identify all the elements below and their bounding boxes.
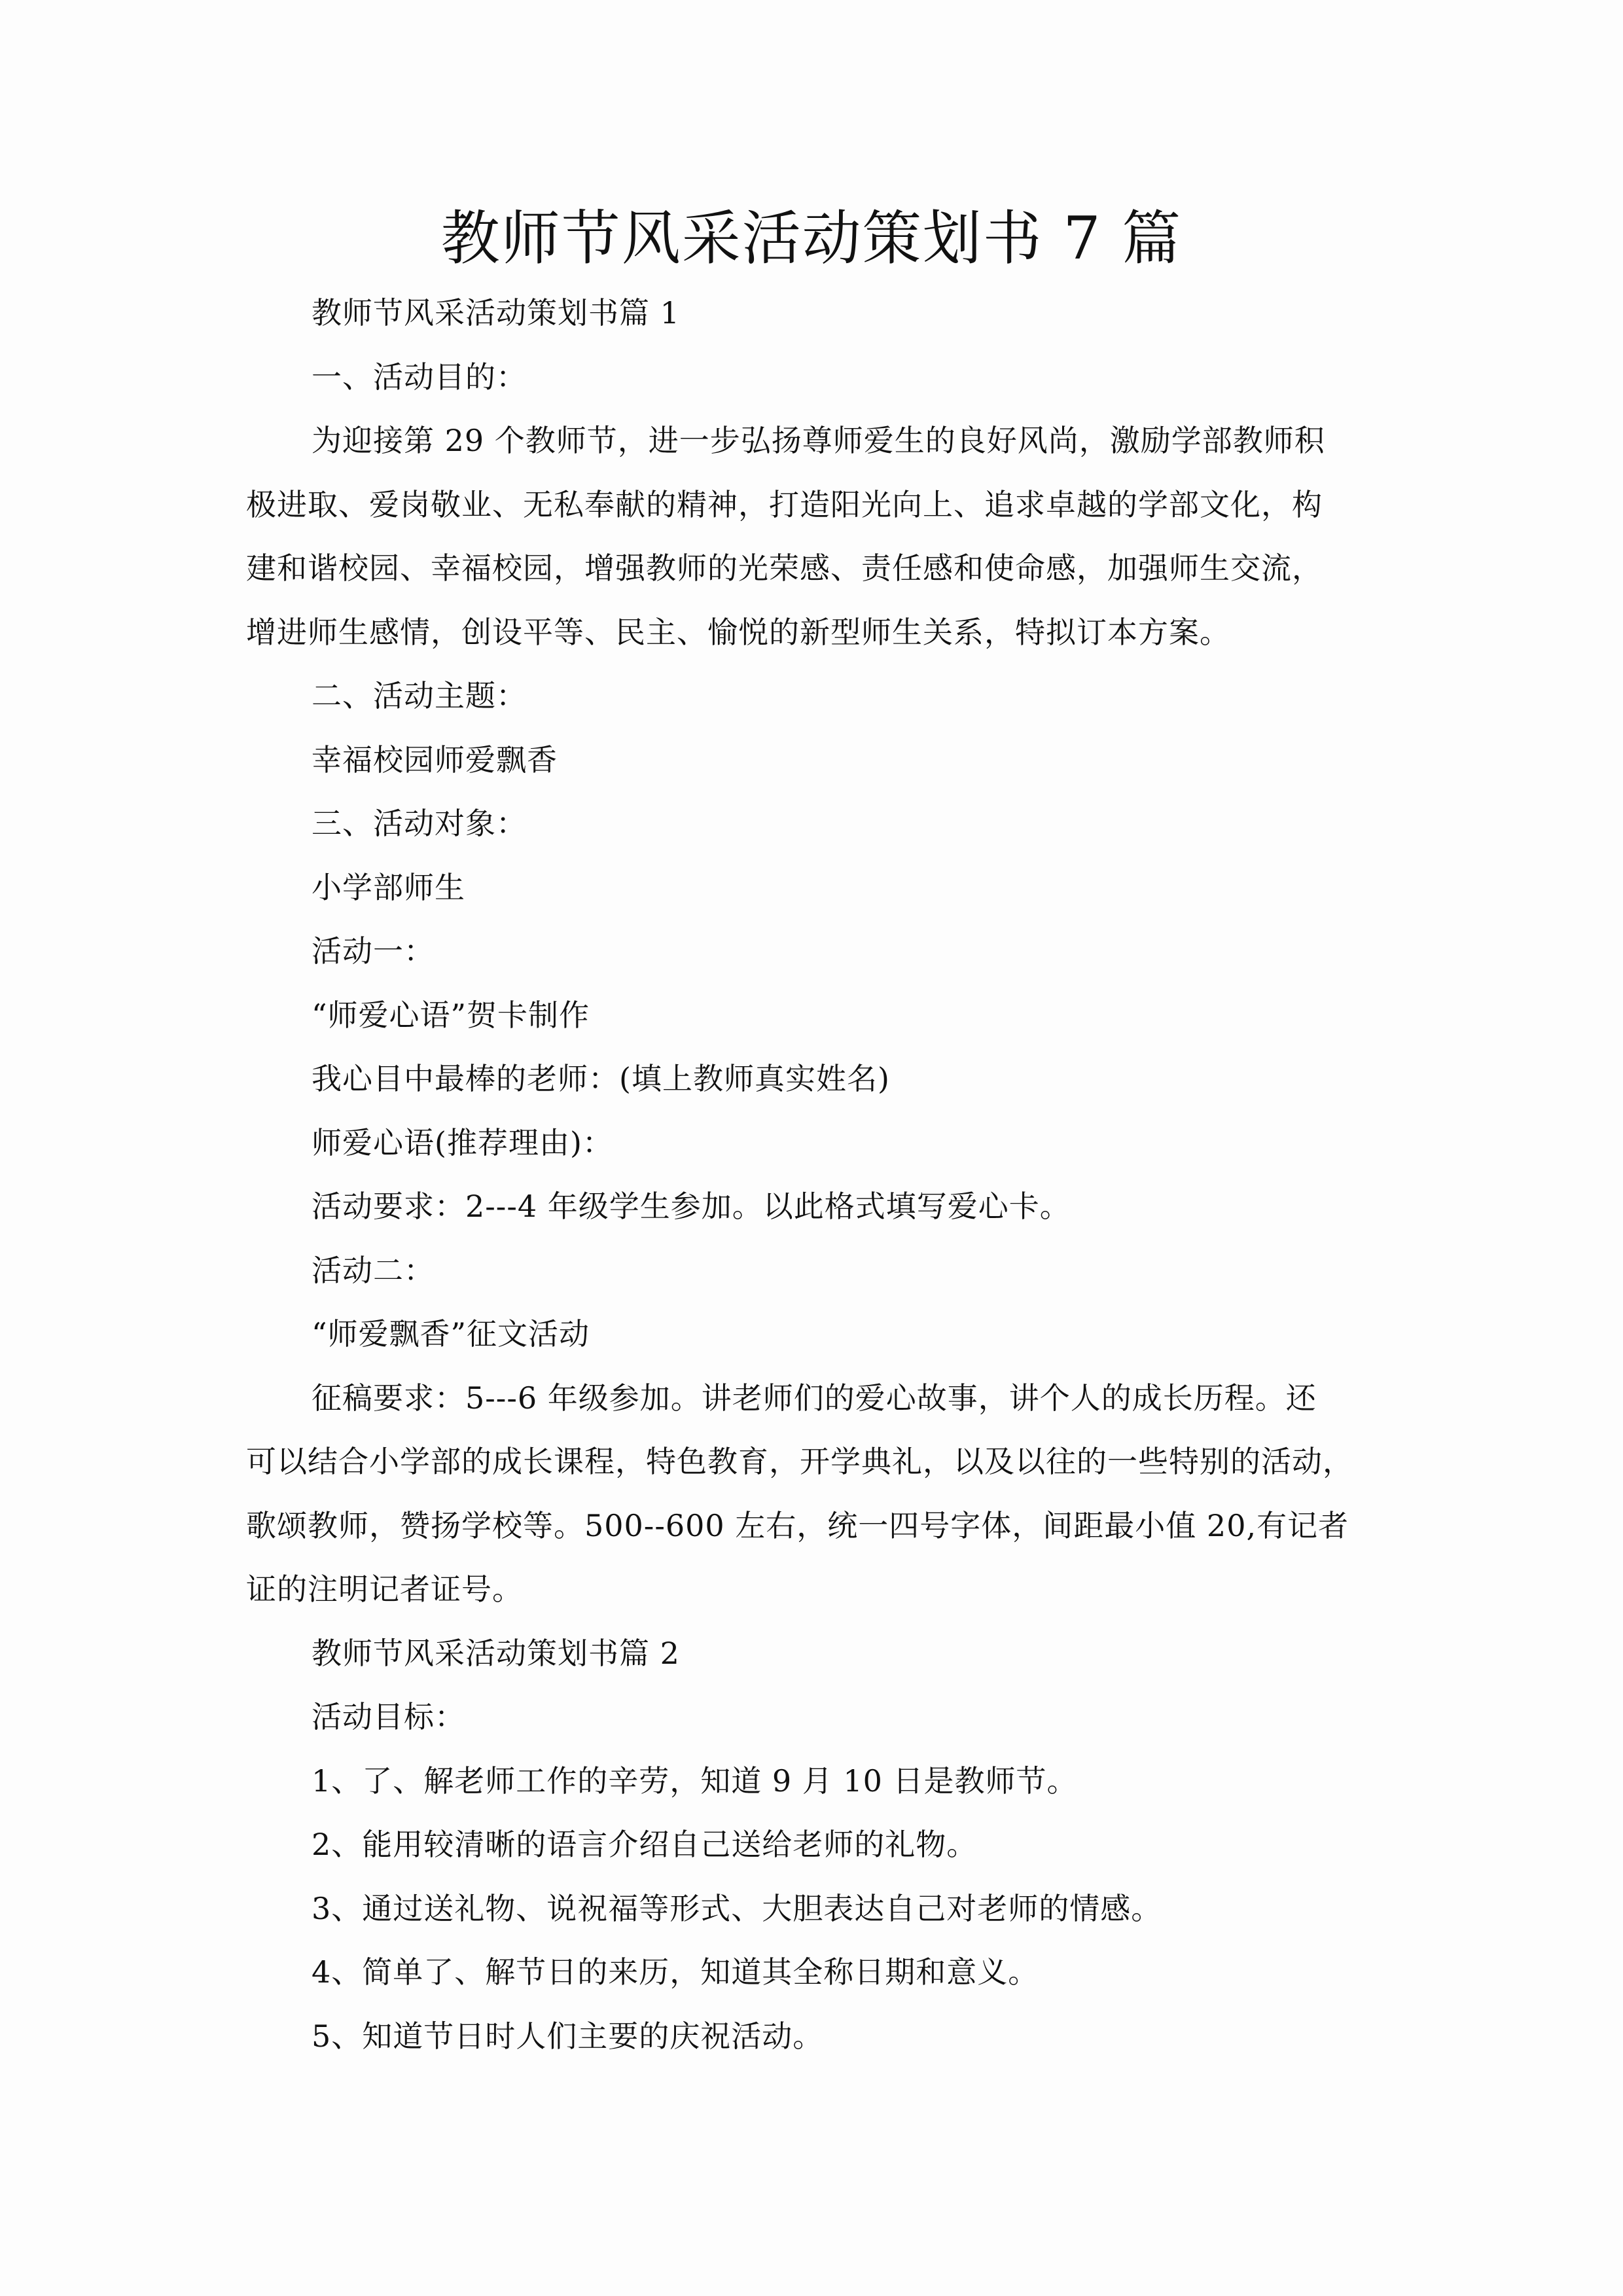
paragraph-purpose-line-4: 增进师生感情，创设平等、民主、愉悦的新型师生关系，特拟订本方案。 <box>246 601 1385 665</box>
subheading-activity-2: 活动二： <box>246 1239 1385 1303</box>
subheading-activity-1: 活动一： <box>246 920 1385 984</box>
list-item-goal-4: 4、简单了、解节日的来历，知道其全称日期和意义。 <box>246 1941 1385 2005</box>
list-item-goal-2: 2、能用较清晰的语言介绍自己送给老师的礼物。 <box>246 1813 1385 1877</box>
document-body: 教师节风采活动策划书篇 1 一、活动目的： 为迎接第 29 个教师节，进一步弘扬… <box>246 281 1385 2068</box>
paragraph-audience: 小学部师生 <box>246 856 1385 920</box>
paragraph-purpose-line-1: 为迎接第 29 个教师节，进一步弘扬尊师爱生的良好风尚，激励学部教师积 <box>246 409 1385 473</box>
paragraph-theme: 幸福校园师爱飘香 <box>246 728 1385 793</box>
paragraph-activity-2-line-4: 证的注明记者证号。 <box>246 1558 1385 1622</box>
subheading-purpose: 一、活动目的： <box>246 346 1385 410</box>
list-item-goal-3: 3、通过送礼物、说祝福等形式、大胆表达自己对老师的情感。 <box>246 1877 1385 1941</box>
document-title: 教师节风采活动策划书 7 篇 <box>0 196 1623 281</box>
paragraph-activity-1-reason: 师爱心语(推荐理由)： <box>246 1111 1385 1175</box>
paragraph-activity-2-name: “师爱飘香”征文活动 <box>246 1302 1385 1367</box>
subheading-theme: 二、活动主题： <box>246 664 1385 728</box>
subheading-audience: 三、活动对象： <box>246 792 1385 856</box>
paragraph-purpose-line-2: 极进取、爱岗敬业、无私奉献的精神，打造阳光向上、追求卓越的学部文化，构 <box>246 473 1385 537</box>
paragraph-activity-2-line-2: 可以结合小学部的成长课程，特色教育，开学典礼，以及以往的一些特别的活动， <box>246 1430 1385 1494</box>
paragraph-activity-1-best-teacher: 我心目中最棒的老师：(填上教师真实姓名) <box>246 1047 1385 1111</box>
list-item-goal-5: 5、知道节日时人们主要的庆祝活动。 <box>246 2005 1385 2069</box>
list-item-goal-1: 1、了、解老师工作的辛劳，知道 9 月 10 日是教师节。 <box>246 1749 1385 1814</box>
paragraph-activity-1-name: “师爱心语”贺卡制作 <box>246 984 1385 1048</box>
paragraph-activity-2-line-1: 征稿要求：5---6 年级参加。讲老师们的爱心故事，讲个人的成长历程。还 <box>246 1367 1385 1431</box>
paragraph-activity-1-requirement: 活动要求：2---4 年级学生参加。以此格式填写爱心卡。 <box>246 1175 1385 1239</box>
document-page: 教师节风采活动策划书 7 篇 教师节风采活动策划书篇 1 一、活动目的： 为迎接… <box>0 0 1623 2296</box>
paragraph-purpose-line-3: 建和谐校园、幸福校园，增强教师的光荣感、责任感和使命感，加强师生交流， <box>246 537 1385 601</box>
paragraph-activity-2-line-3: 歌颂教师，赞扬学校等。500--600 左右，统一四号字体，间距最小值 20,有… <box>246 1494 1385 1558</box>
subheading-goals: 活动目标： <box>246 1685 1385 1749</box>
section-heading-2: 教师节风采活动策划书篇 2 <box>246 1622 1385 1686</box>
section-heading-1: 教师节风采活动策划书篇 1 <box>246 281 1385 346</box>
